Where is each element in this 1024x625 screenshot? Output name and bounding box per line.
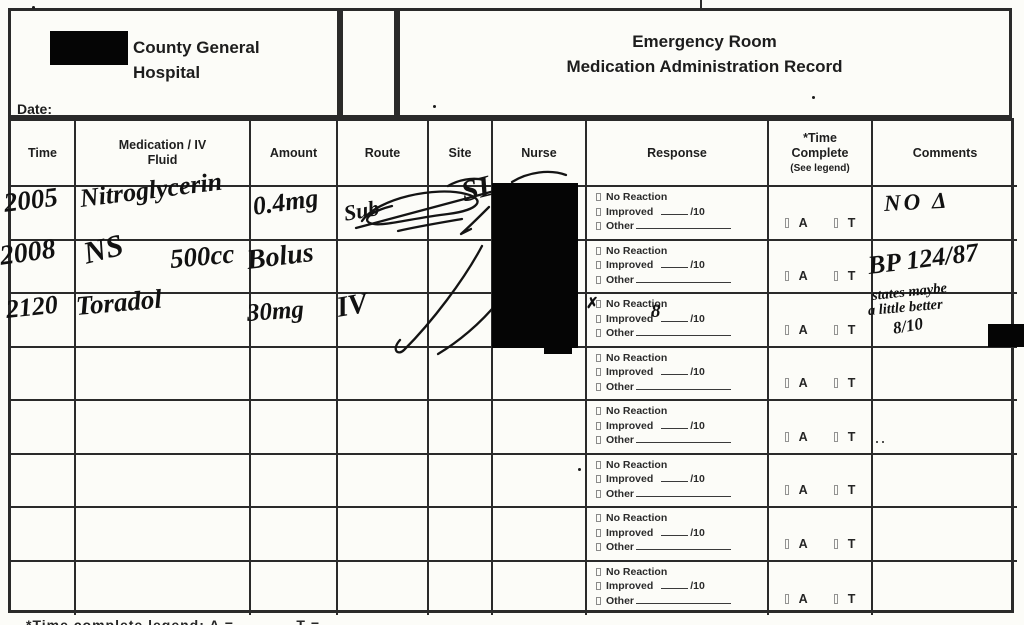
time-a-label: A xyxy=(799,537,808,551)
hospital-header-box: County General Hospital Date: xyxy=(8,8,340,118)
time-cell xyxy=(11,401,76,455)
col-header-time: Time xyxy=(11,121,76,187)
no-reaction-checkbox xyxy=(596,568,601,576)
improved-score-blank xyxy=(661,526,688,536)
time-cell xyxy=(11,508,76,562)
other-checkbox xyxy=(596,383,601,391)
no-reaction-checkbox xyxy=(596,193,601,201)
improved-scale-label: /10 xyxy=(690,526,705,541)
record-title-box: Emergency Room Medication Administration… xyxy=(397,8,1012,118)
scan-dot xyxy=(812,96,815,99)
time-t-label: T xyxy=(848,483,856,497)
improved-checkbox xyxy=(596,422,601,430)
table-row-7: No ReactionImproved/10OtherAT xyxy=(11,508,1011,562)
other-label: Other xyxy=(606,540,634,555)
improved-label: Improved xyxy=(606,526,653,541)
time-a-label: A xyxy=(799,323,808,337)
col-header-comments: Comments xyxy=(873,121,1017,187)
no-reaction-checkbox xyxy=(596,354,601,362)
time-a-checkbox xyxy=(785,432,789,442)
record-title-line2: Medication Administration Record xyxy=(400,54,1009,79)
hospital-name: County General Hospital xyxy=(133,35,260,85)
no-reaction-checkbox xyxy=(596,461,601,469)
time-t-checkbox xyxy=(834,325,838,335)
other-label: Other xyxy=(606,326,634,341)
time-a-label: A xyxy=(799,430,808,444)
other-checkbox xyxy=(596,436,601,444)
response-cell: No ReactionImproved/10Other xyxy=(587,401,769,455)
route-cell xyxy=(338,455,429,509)
response-cell: No ReactionImproved/10Other xyxy=(587,562,769,616)
medication-cell xyxy=(76,348,251,402)
amount-cell xyxy=(251,348,338,402)
no-reaction-checkbox xyxy=(596,247,601,255)
improved-label: Improved xyxy=(606,312,653,327)
time-t-label: T xyxy=(848,216,856,230)
table-row-4: No ReactionImproved/10OtherAT xyxy=(11,348,1011,402)
time-a-checkbox xyxy=(785,539,789,549)
amount-cell xyxy=(251,455,338,509)
time-t-checkbox xyxy=(834,485,838,495)
improved-label: Improved xyxy=(606,419,653,434)
nurse-redaction-fragment xyxy=(544,348,572,354)
medication-cell xyxy=(76,508,251,562)
no-reaction-checkbox xyxy=(596,514,601,522)
time-t-label: T xyxy=(848,269,856,283)
time-t-checkbox xyxy=(834,594,838,604)
other-blank xyxy=(636,487,731,497)
time-complete-cell: AT xyxy=(769,455,873,509)
route-cell xyxy=(338,348,429,402)
comments-cell xyxy=(873,508,1017,562)
time-t-checkbox xyxy=(834,432,838,442)
time-t-label: T xyxy=(848,537,856,551)
improved-scale-label: /10 xyxy=(690,312,705,327)
hospital-name-line2: Hospital xyxy=(133,60,260,85)
route-cell xyxy=(338,241,429,295)
improved-checkbox xyxy=(596,261,601,269)
comments-cell xyxy=(873,562,1017,616)
time-a-checkbox xyxy=(785,594,789,604)
site-cell xyxy=(429,348,493,402)
time-t-checkbox xyxy=(834,271,838,281)
other-checkbox xyxy=(596,222,601,230)
handwritten-route-1: Sub xyxy=(342,197,381,225)
hospital-name-line1: County General xyxy=(133,35,260,60)
nurse-cell xyxy=(493,348,587,402)
improved-label: Improved xyxy=(606,472,653,487)
route-cell xyxy=(338,401,429,455)
other-checkbox xyxy=(596,276,601,284)
improved-score-blank xyxy=(661,419,688,429)
no-reaction-label: No Reaction xyxy=(606,511,667,526)
amount-cell xyxy=(251,562,338,616)
response-cell: No ReactionImproved/10Other xyxy=(587,294,769,348)
handwritten-amount-2: 500cc xyxy=(169,240,236,273)
other-blank xyxy=(636,594,731,604)
other-checkbox xyxy=(596,597,601,605)
other-blank xyxy=(636,380,731,390)
col-header-time-complete-line1: *Time xyxy=(803,131,837,146)
time-a-label: A xyxy=(799,376,808,390)
response-cell: No ReactionImproved/10Other xyxy=(587,241,769,295)
nurse-cell xyxy=(493,455,587,509)
improved-scale-label: /10 xyxy=(690,365,705,380)
time-complete-cell: AT xyxy=(769,562,873,616)
other-label: Other xyxy=(606,433,634,448)
nurse-cell xyxy=(493,562,587,616)
col-header-time-complete: *Time Complete (See legend) xyxy=(769,121,873,187)
improved-checkbox xyxy=(596,582,601,590)
comments-cell xyxy=(873,348,1017,402)
site-cell xyxy=(429,508,493,562)
other-label: Other xyxy=(606,273,634,288)
handwritten-no-reaction-mark-3: ✗ xyxy=(586,296,599,311)
improved-scale-label: /10 xyxy=(690,258,705,273)
header-spacer-box xyxy=(340,8,397,118)
time-complete-cell: AT xyxy=(769,348,873,402)
medication-cell xyxy=(76,562,251,616)
col-header-response: Response xyxy=(587,121,769,187)
scan-artifact-tick xyxy=(700,0,702,9)
scanned-medication-record: County General Hospital Date: Emergency … xyxy=(0,0,1024,625)
other-blank xyxy=(636,433,731,443)
col-header-medication-line2: Fluid xyxy=(148,153,178,168)
improved-score-blank xyxy=(661,312,688,322)
time-a-checkbox xyxy=(785,378,789,388)
site-cell xyxy=(429,455,493,509)
time-a-checkbox xyxy=(785,485,789,495)
handwritten-medication-2: NS xyxy=(80,229,126,269)
comments-cell xyxy=(873,455,1017,509)
no-reaction-label: No Reaction xyxy=(606,404,667,419)
other-checkbox xyxy=(596,490,601,498)
nurse-cell xyxy=(493,401,587,455)
no-reaction-label: No Reaction xyxy=(606,351,667,366)
improved-scale-label: /10 xyxy=(690,205,705,220)
medication-cell xyxy=(76,455,251,509)
improved-checkbox xyxy=(596,529,601,537)
col-header-time-complete-line3: (See legend) xyxy=(790,161,849,176)
scan-dot xyxy=(433,105,436,108)
improved-checkbox xyxy=(596,208,601,216)
other-label: Other xyxy=(606,487,634,502)
other-label: Other xyxy=(606,380,634,395)
col-header-route: Route xyxy=(338,121,429,187)
time-complete-cell: AT xyxy=(769,294,873,348)
improved-label: Improved xyxy=(606,205,653,220)
improved-label: Improved xyxy=(606,258,653,273)
other-label: Other xyxy=(606,219,634,234)
scan-dot xyxy=(882,441,884,443)
response-cell: No ReactionImproved/10Other xyxy=(587,187,769,241)
route-cell xyxy=(338,508,429,562)
col-header-amount: Amount xyxy=(251,121,338,187)
handwritten-route-3: IV xyxy=(334,289,369,323)
time-t-checkbox xyxy=(834,218,838,228)
time-a-label: A xyxy=(799,269,808,283)
time-t-label: T xyxy=(848,323,856,337)
time-t-label: T xyxy=(848,376,856,390)
nurse-signatures-redaction xyxy=(492,183,578,348)
no-reaction-label: No Reaction xyxy=(606,565,667,580)
scan-dot xyxy=(32,6,35,9)
other-checkbox xyxy=(596,543,601,551)
time-t-checkbox xyxy=(834,539,838,549)
time-a-checkbox xyxy=(785,218,789,228)
no-reaction-label: No Reaction xyxy=(606,190,667,205)
site-cell xyxy=(429,294,493,348)
handwritten-time-1: 2005 xyxy=(2,184,59,217)
hospital-logo-redaction xyxy=(50,31,128,65)
col-header-nurse: Nurse xyxy=(493,121,587,187)
improved-score-blank xyxy=(661,579,688,589)
time-a-label: A xyxy=(799,216,808,230)
time-t-label: T xyxy=(848,430,856,444)
time-cell xyxy=(11,562,76,616)
improved-score-blank xyxy=(661,205,688,215)
time-a-checkbox xyxy=(785,325,789,335)
comment-fragment-redaction xyxy=(988,324,1024,347)
improved-checkbox xyxy=(596,368,601,376)
time-a-label: A xyxy=(799,592,808,606)
improved-checkbox xyxy=(596,315,601,323)
handwritten-amount-3: 30mg xyxy=(246,297,305,326)
scan-dot xyxy=(578,468,581,471)
handwritten-improved-score-3: 8 xyxy=(651,302,661,321)
other-label: Other xyxy=(606,594,634,609)
time-complete-cell: AT xyxy=(769,187,873,241)
time-t-checkbox xyxy=(834,378,838,388)
clipped-legend-line: *Time complete legend: A = ______ T = __… xyxy=(26,617,586,625)
table-row-6: No ReactionImproved/10OtherAT xyxy=(11,455,1011,509)
col-header-time-complete-line2: Complete xyxy=(792,146,849,161)
improved-score-blank xyxy=(661,472,688,482)
improved-scale-label: /10 xyxy=(690,472,705,487)
response-cell: No ReactionImproved/10Other xyxy=(587,455,769,509)
time-a-checkbox xyxy=(785,271,789,281)
time-complete-cell: AT xyxy=(769,401,873,455)
time-cell xyxy=(11,348,76,402)
other-blank xyxy=(636,273,731,283)
nurse-cell xyxy=(493,508,587,562)
time-cell xyxy=(11,455,76,509)
handwritten-time-3: 2120 xyxy=(5,292,59,323)
response-cell: No ReactionImproved/10Other xyxy=(587,508,769,562)
amount-cell xyxy=(251,508,338,562)
other-checkbox xyxy=(596,329,601,337)
table-row-5: No ReactionImproved/10OtherAT xyxy=(11,401,1011,455)
no-reaction-label: No Reaction xyxy=(606,458,667,473)
col-header-medication-line1: Medication / IV xyxy=(119,138,207,153)
date-label: Date: xyxy=(17,101,52,117)
handwritten-comment-1: NO Δ xyxy=(883,189,950,215)
time-complete-cell: AT xyxy=(769,508,873,562)
improved-score-blank xyxy=(661,258,688,268)
amount-cell xyxy=(251,401,338,455)
improved-scale-label: /10 xyxy=(690,579,705,594)
response-cell: No ReactionImproved/10Other xyxy=(587,348,769,402)
no-reaction-checkbox xyxy=(596,407,601,415)
time-a-label: A xyxy=(799,483,808,497)
time-complete-cell: AT xyxy=(769,241,873,295)
medication-cell xyxy=(76,401,251,455)
record-title-line1: Emergency Room xyxy=(400,29,1009,54)
improved-score-blank xyxy=(661,365,688,375)
table-row-8: No ReactionImproved/10OtherAT xyxy=(11,562,1011,616)
other-blank xyxy=(636,219,731,229)
site-cell xyxy=(429,562,493,616)
no-reaction-label: No Reaction xyxy=(606,244,667,259)
improved-label: Improved xyxy=(606,579,653,594)
improved-label: Improved xyxy=(606,365,653,380)
time-t-label: T xyxy=(848,592,856,606)
site-cell xyxy=(429,401,493,455)
improved-checkbox xyxy=(596,475,601,483)
other-blank xyxy=(636,540,731,550)
site-cell xyxy=(429,241,493,295)
scan-dot xyxy=(876,441,878,443)
other-blank xyxy=(636,326,731,336)
improved-scale-label: /10 xyxy=(690,419,705,434)
comments-cell xyxy=(873,401,1017,455)
route-cell xyxy=(338,562,429,616)
